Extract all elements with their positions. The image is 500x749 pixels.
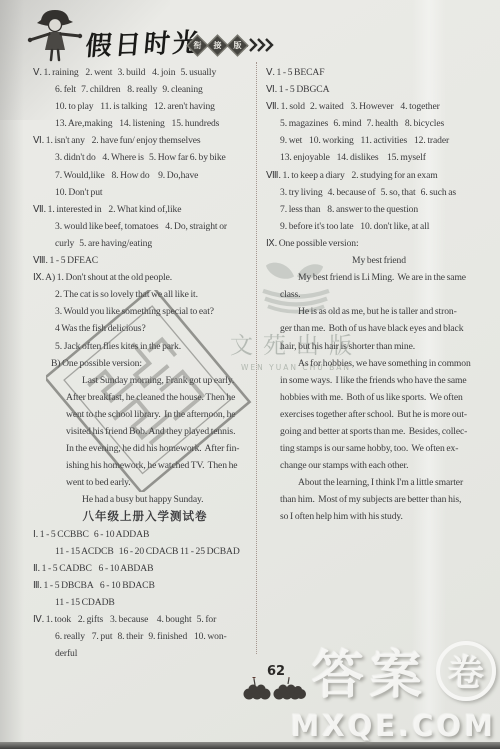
- answer-line: derful: [33, 645, 257, 662]
- answer-line: hair, but his hair is shorter than mine.: [266, 338, 492, 355]
- scarecrow-mascot-icon: [26, 6, 84, 62]
- answer-line: My best friend: [266, 252, 492, 269]
- answer-line: change our stamps with each other.: [266, 457, 492, 474]
- answer-line: exercises together after school. But he …: [266, 406, 492, 423]
- answer-line: 9. before it's too late 10. don't like, …: [266, 218, 492, 235]
- badge-char: 接: [214, 42, 222, 50]
- answer-line: 13. Are,making 14. listening 15. hundred…: [33, 115, 257, 132]
- answer-line: 11 - 15 CDADB: [33, 594, 257, 611]
- answer-line: 3. didn't do 4. Where is 5. How far 6. b…: [33, 149, 257, 166]
- answer-line: Ⅸ. One possible version:: [266, 235, 492, 252]
- answer-line: in some ways. I like the friends who hav…: [266, 372, 492, 389]
- answer-line: Ⅵ. 1 - 5 DBGCA: [266, 81, 492, 98]
- scanned-answer-page: 假日时光 衔 接 版 文苑出版 WEN YUAN CHU BAN Ⅴ: [0, 0, 500, 749]
- answer-line: 11 - 15 ACDCB 16 - 20 CDACB 11 - 25 DCBA…: [33, 543, 257, 560]
- badge-char: 衔: [194, 42, 202, 50]
- answers-site-url: MXQE.COM: [291, 709, 497, 743]
- answer-line: As for hobbies, we have something in com…: [266, 355, 492, 372]
- answer-line: Ⅲ. 1 - 5 DBCBA 6 - 10 BDACB: [33, 577, 257, 594]
- answer-line: 7. Would,like 8. How do 9. Do,have: [33, 167, 257, 184]
- seal-stamp-icon: [46, 290, 252, 492]
- answers-brand-text: 答案: [312, 633, 428, 708]
- badge-diamond: 接: [208, 36, 226, 54]
- answer-line: ting stamps is our same hobby, too. We o…: [266, 440, 492, 457]
- answer-line: 3. try living 4. because of 5. so, that …: [266, 184, 492, 201]
- answer-line: Ⅴ. 1. raining 2. went 3. build 4. join 5…: [33, 64, 257, 81]
- answer-line: About the learning, I think I'm a little…: [266, 474, 492, 491]
- badge-diamond: 版: [228, 36, 246, 54]
- answer-line: going and better at sports than me. Besi…: [266, 423, 492, 440]
- scan-left-shade: [0, 0, 24, 749]
- column-divider: [256, 62, 257, 654]
- answer-line: 八年级上册入学测试卷: [33, 508, 257, 525]
- answer-line: Ⅰ. 1 - 5 CCBBC 6 - 10 ADDAB: [33, 526, 257, 543]
- answer-line: Ⅱ. 1 - 5 CADBC 6 - 10 ABDAB: [33, 560, 257, 577]
- answer-line: Ⅶ. 1. interested in 2. What kind of,like: [33, 201, 257, 218]
- answers-brand: 答案 卷: [291, 633, 497, 708]
- answer-line: than him. Most of my subjects are better…: [266, 491, 492, 508]
- answer-line: 3. would like beef, tomatoes 4. Do, stra…: [33, 218, 257, 235]
- answer-line: Ⅸ. A) 1. Don't shout at the old people.: [33, 269, 257, 286]
- answer-line: Ⅶ. 1. sold 2. waited 3. However 4. toget…: [266, 98, 492, 115]
- answer-line: 5. magazines 6. mind 7. health 8. bicycl…: [266, 115, 492, 132]
- triple-chevron-icon: [248, 36, 276, 54]
- answer-line: My best friend is Li Ming. We are in the…: [266, 269, 492, 286]
- answer-line: hobbies with me. Both of us like sports.…: [266, 389, 492, 406]
- answer-line: 6. really 7. put 8. their 9. finished 10…: [33, 628, 257, 645]
- badge-char: 版: [234, 42, 242, 50]
- answer-line: Ⅴ. 1 - 5 BECAF: [266, 64, 492, 81]
- answers-site-watermark: 答案 卷 MXQE.COM: [291, 633, 497, 743]
- answer-line: class.: [266, 286, 492, 303]
- answers-brand-circled-char: 卷: [436, 641, 496, 701]
- page-header: 假日时光 衔 接 版: [0, 0, 300, 64]
- answer-line: so I often help him with his study.: [266, 508, 492, 525]
- answer-line: ger than me. Both of us have black eyes …: [266, 320, 492, 337]
- answer-line: curly 5. are having/eating: [33, 235, 257, 252]
- brand-title: 假日时光: [84, 22, 204, 63]
- answer-line: Ⅷ. 1. to keep a diary 2. studying for an…: [266, 167, 492, 184]
- right-column: Ⅴ. 1 - 5 BECAFⅥ. 1 - 5 DBGCAⅦ. 1. sold 2…: [266, 64, 492, 526]
- answer-line: Ⅳ. 1. took 2. gifts 3. because 4. bought…: [33, 611, 257, 628]
- answer-line: He had a busy but happy Sunday.: [33, 491, 257, 508]
- edition-badge: 衔 接 版: [191, 38, 249, 54]
- answer-line: 10. to play 11. is talking 12. aren't ha…: [33, 98, 257, 115]
- answer-line: Ⅵ. 1. isn't any 2. have fun/ enjoy thems…: [33, 132, 257, 149]
- answer-line: 6. felt 7. children 8. really 9. cleanin…: [33, 81, 257, 98]
- badge-diamond: 衔: [188, 36, 206, 54]
- answer-line: 9. wet 10. working 11. activities 12. tr…: [266, 132, 492, 149]
- answer-line: Ⅷ. 1 - 5 DFEAC: [33, 252, 257, 269]
- answer-line: He is as old as me, but he is taller and…: [266, 303, 492, 320]
- answer-line: 13. enjoyable 14. dislikes 15. myself: [266, 149, 492, 166]
- answer-line: 10. Don't put: [33, 184, 257, 201]
- answer-line: 7. less than 8. answer to the question: [266, 201, 492, 218]
- scan-bottom-edge: [0, 742, 500, 749]
